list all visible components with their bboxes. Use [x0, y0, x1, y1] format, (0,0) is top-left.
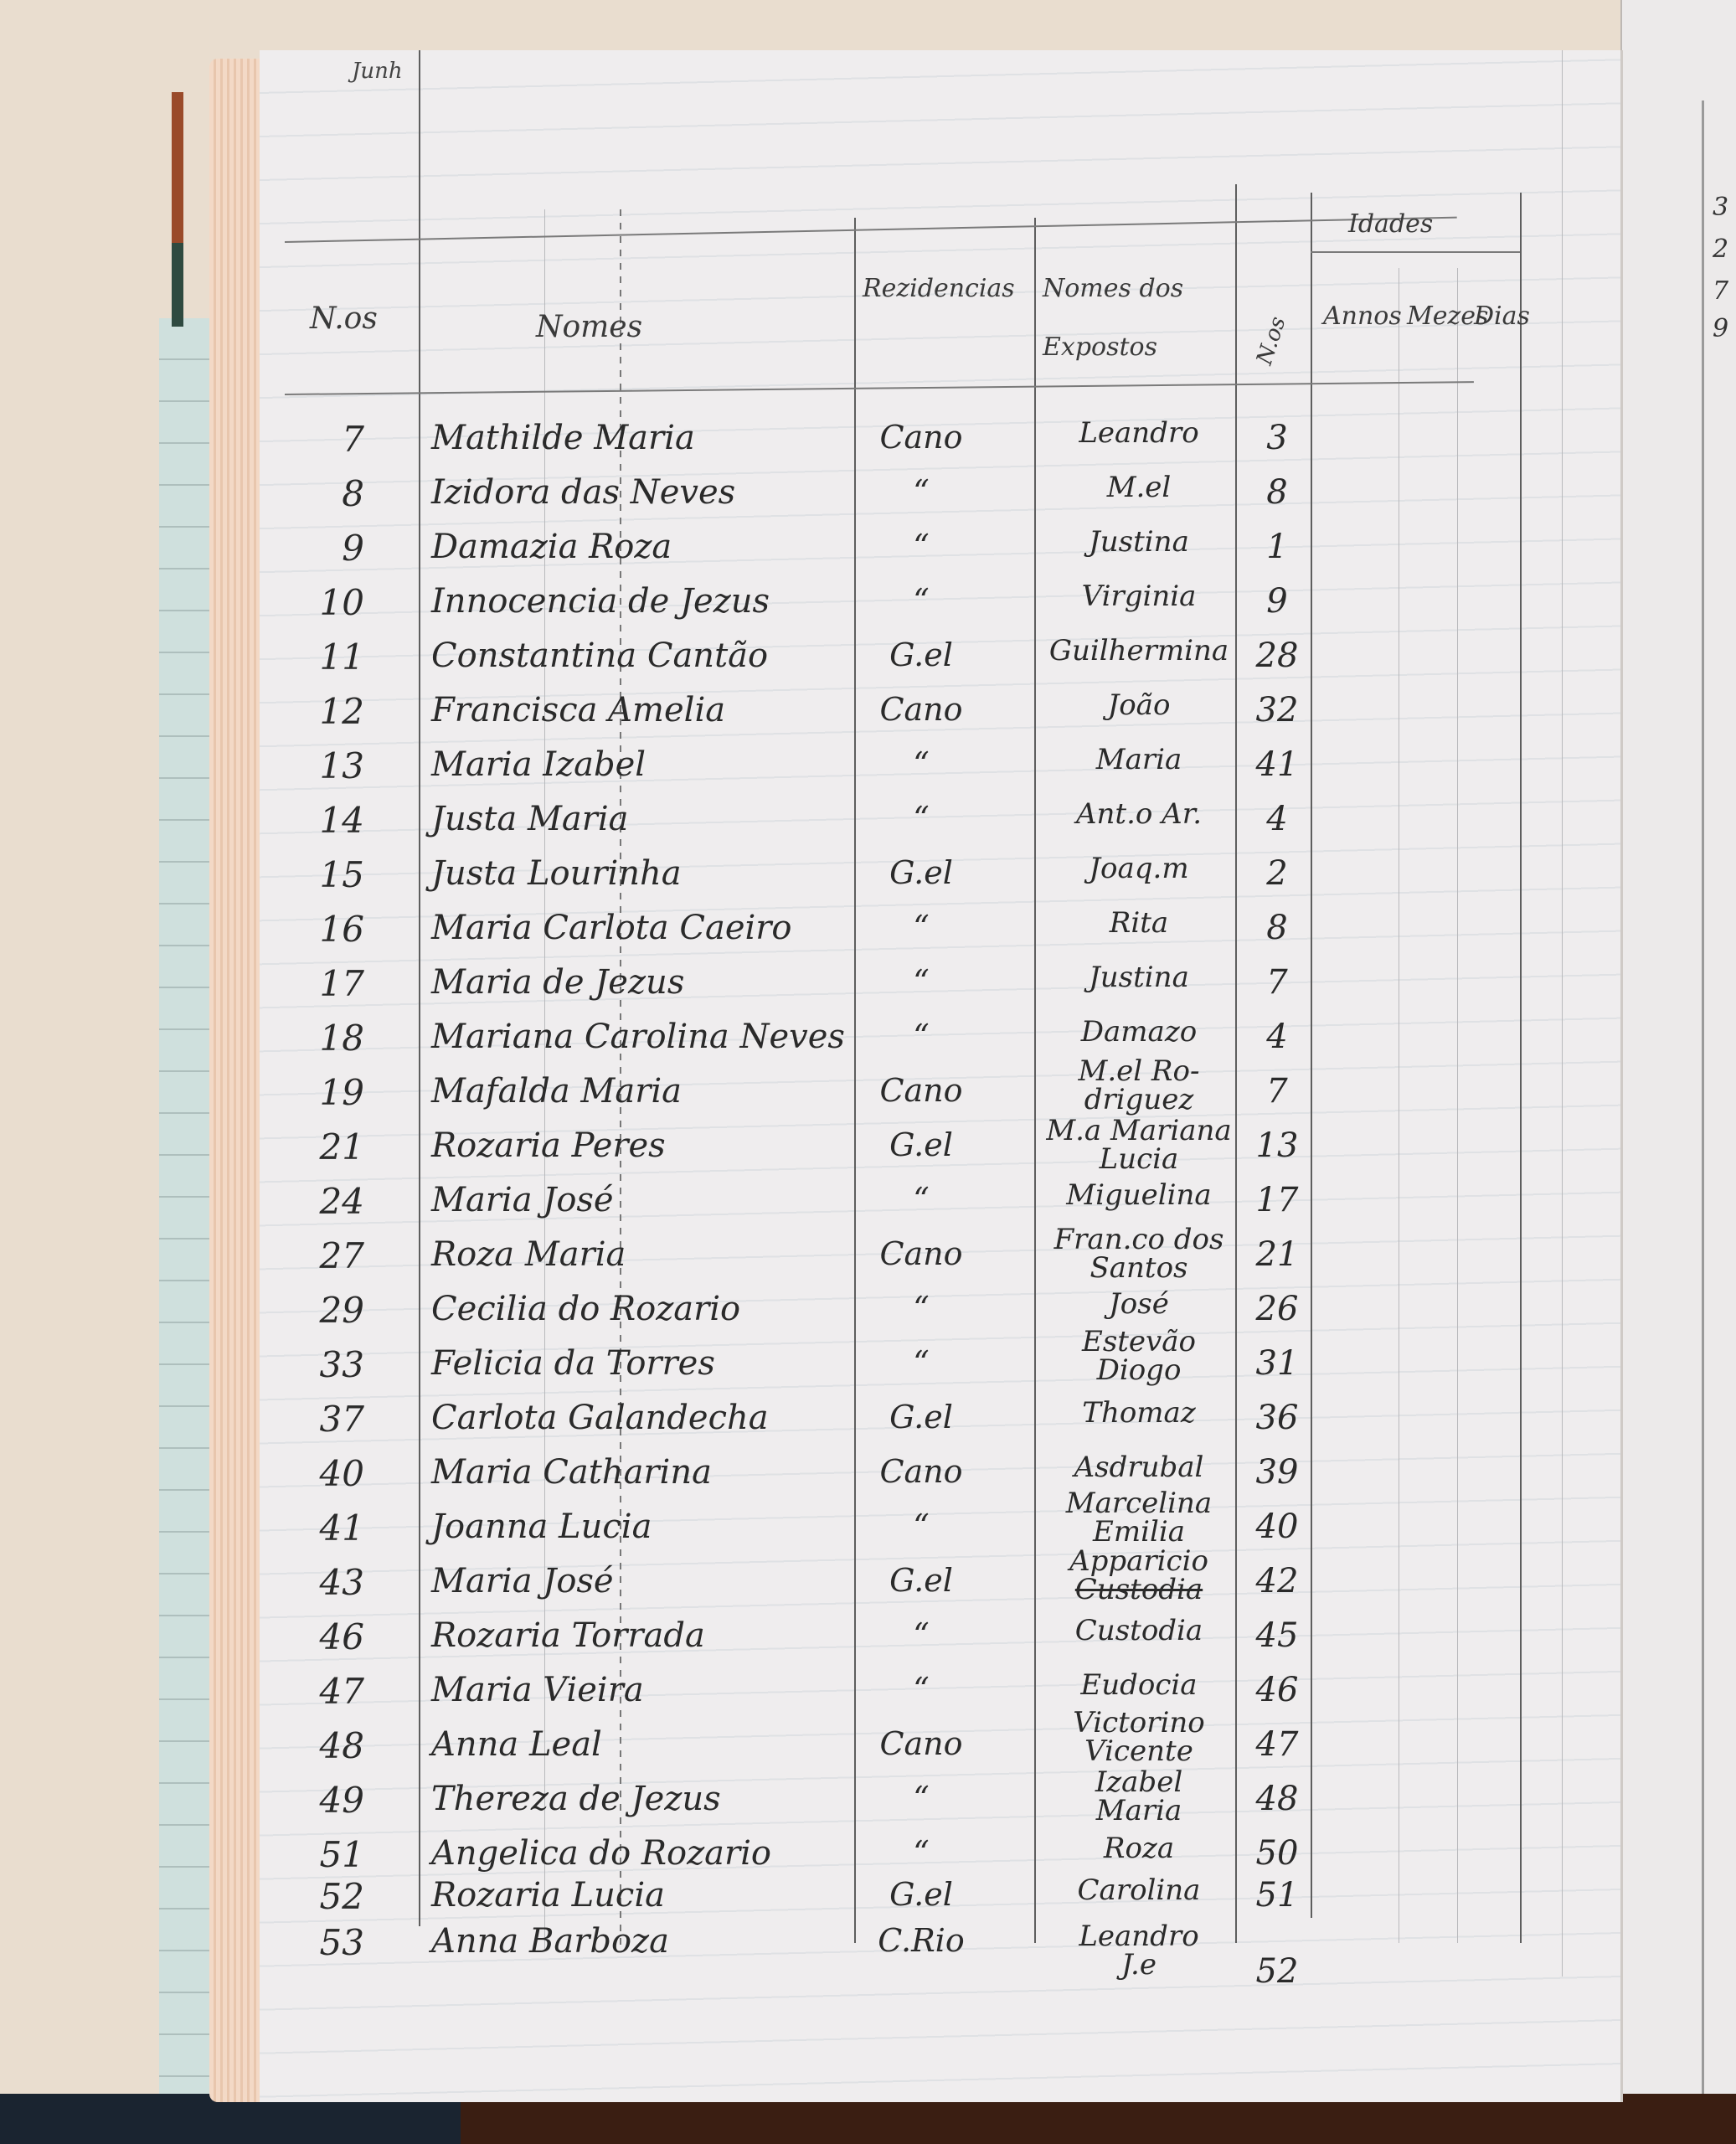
corner-note: Junh [352, 59, 403, 84]
entry-ref: 48 [1239, 1780, 1315, 1818]
entry-number: 8 [306, 473, 364, 514]
table-row: 24 Maria José “ Miguelina 17 [260, 1181, 1620, 1234]
entry-ref: 51 [1239, 1876, 1315, 1915]
entry-residence: “ [863, 1507, 980, 1544]
entry-ref: 32 [1239, 691, 1315, 729]
table-row: 14 Justa Maria “ Ant.o Ar. 4 [260, 800, 1620, 853]
table-row: 10 Innocencia de Jezus “ Virginia 9 [260, 582, 1620, 636]
table-row: 18 Mariana Carolina Neves “ Damazo 4 [260, 1018, 1620, 1071]
entry-number: 27 [306, 1235, 364, 1276]
entry-name: Damazia Roza [431, 528, 672, 566]
entry-ref: 40 [1239, 1507, 1315, 1546]
entry-name: Innocencia de Jezus [431, 582, 770, 621]
entry-name: Justa Maria [431, 800, 629, 838]
entry-name: Roza Maria [431, 1235, 626, 1274]
entry-number: 12 [306, 691, 364, 732]
entry-name: Mariana Carolina Neves [431, 1018, 845, 1056]
entry-residence: “ [863, 745, 980, 782]
entry-residence: “ [863, 1834, 980, 1871]
entry-name: Maria José [431, 1181, 614, 1219]
entry-residence: G.el [863, 636, 980, 673]
header-ages-days: Dias [1474, 301, 1530, 331]
entry-mother: Eudocia [1034, 1671, 1244, 1699]
entry-ref: 7 [1239, 963, 1315, 1002]
table-row: 13 Maria Izabel “ Maria 41 [260, 745, 1620, 799]
entry-number: 21 [306, 1126, 364, 1167]
entry-mother: Carolina [1034, 1876, 1244, 1904]
entry-ref: 7 [1239, 1072, 1315, 1111]
entry-number: 17 [306, 963, 364, 1004]
table-row: 48 Anna Leal Cano VictorinoVicente 47 [260, 1725, 1620, 1779]
entry-name: Mathilde Maria [431, 419, 695, 457]
entry-ref: 45 [1239, 1616, 1315, 1655]
entry-number: 19 [306, 1072, 364, 1113]
entry-ref: 9 [1239, 582, 1315, 621]
table-row: 29 Cecilia do Rozario “ José 26 [260, 1290, 1620, 1343]
entry-number: 48 [306, 1725, 364, 1766]
entry-ref: 4 [1239, 800, 1315, 838]
entry-residence: “ [863, 963, 980, 1000]
entry-ref: 8 [1239, 909, 1315, 947]
adjacent-number: 2 [1713, 234, 1728, 264]
entry-ref: 13 [1239, 1126, 1315, 1165]
entry-name: Izidora das Neves [431, 473, 735, 512]
book-spine-green [172, 243, 183, 327]
entry-ref: 47 [1239, 1725, 1315, 1764]
entry-mother: EstevãoDiogo [1034, 1327, 1244, 1384]
adjacent-number: 7 [1713, 276, 1728, 306]
entry-ref: 31 [1239, 1344, 1315, 1383]
entry-number: 15 [306, 854, 364, 895]
ledger-page: Junh N.os Nomes Rezidencias Nomes dos Ex… [260, 50, 1623, 2102]
entry-residence: Cano [863, 691, 980, 728]
entry-name: Rozaria Torrada [431, 1616, 705, 1655]
entry-name: Angelica do Rozario [431, 1834, 771, 1873]
table-row: 43 Maria José G.el ApparicioCustodia 42 [260, 1562, 1620, 1616]
entry-residence: “ [863, 473, 980, 510]
entry-ref: 21 [1239, 1235, 1315, 1274]
entry-name: Rozaria Peres [431, 1126, 666, 1165]
entry-residence: “ [863, 909, 980, 946]
entry-number: 29 [306, 1290, 364, 1331]
table-row: 16 Maria Carlota Caeiro “ Rita 8 [260, 909, 1620, 962]
entry-residence: C.Rio [863, 1922, 980, 1959]
entry-number: 14 [306, 800, 364, 841]
entry-number: 43 [306, 1562, 364, 1603]
entry-mother: IzabelMaria [1034, 1768, 1244, 1825]
entry-ref: 39 [1239, 1453, 1315, 1492]
header-mothers: Nomes dos Expostos [1043, 260, 1235, 377]
entry-residence: “ [863, 800, 980, 837]
table-row: 8 Izidora das Neves “ M.el 8 [260, 473, 1620, 527]
entry-number: 11 [306, 636, 364, 678]
entry-residence: “ [863, 1616, 980, 1653]
table-row: 17 Maria de Jezus “ Justina 7 [260, 963, 1620, 1017]
entry-number: 47 [306, 1671, 364, 1712]
entry-ref: 8 [1239, 473, 1315, 512]
header-reference: N.os [1252, 313, 1291, 368]
table-row: 7 Mathilde Maria Cano Leandro 3 [260, 419, 1620, 472]
entry-number: 9 [306, 528, 364, 569]
entry-mother: José [1034, 1290, 1244, 1318]
entry-residence: Cano [863, 1453, 980, 1490]
entry-number: 40 [306, 1453, 364, 1494]
entry-mother: Joaq.m [1034, 854, 1244, 883]
entry-name: Justa Lourinha [431, 854, 682, 893]
entry-mother: M.el [1034, 473, 1244, 502]
entry-number: 7 [306, 419, 364, 460]
entry-ref: 28 [1239, 636, 1315, 675]
entry-mother: Virginia [1034, 582, 1244, 611]
entry-ref: 4 [1239, 1018, 1315, 1056]
entry-number: 41 [306, 1507, 364, 1549]
entry-mother: Leandro [1034, 419, 1244, 447]
entry-number: 24 [306, 1181, 364, 1222]
entry-residence: “ [863, 528, 980, 564]
entry-number: 46 [306, 1616, 364, 1657]
table-row: 46 Rozaria Torrada “ Custodia 45 [260, 1616, 1620, 1670]
entry-name: Thereza de Jezus [431, 1780, 721, 1818]
entry-mother: LeandroJ.e [1034, 1922, 1244, 1979]
entry-ref: 42 [1239, 1562, 1315, 1600]
adjacent-page-rule [1702, 100, 1704, 2094]
table-row: 33 Felicia da Torres “ EstevãoDiogo 31 [260, 1344, 1620, 1398]
entry-name: Maria Vieira [431, 1671, 644, 1709]
entry-ref: 17 [1239, 1181, 1315, 1219]
entry-ref: 2 [1239, 854, 1315, 893]
entry-name: Maria Catharina [431, 1453, 712, 1492]
entry-number: 49 [306, 1780, 364, 1821]
entry-mother: Damazo [1034, 1018, 1244, 1046]
entry-mother: Justina [1034, 963, 1244, 992]
entry-mother: Roza [1034, 1834, 1244, 1863]
entry-mother: MarcelinaEmilia [1034, 1489, 1244, 1546]
table-row: 15 Justa Lourinha G.el Joaq.m 2 [260, 854, 1620, 908]
entry-ref: 52 [1239, 1952, 1315, 1991]
table-row: 40 Maria Catharina Cano Asdrubal 39 [260, 1453, 1620, 1507]
entry-mother: M.el Ro-driguez [1034, 1057, 1244, 1114]
entry-name: Francisca Amelia [431, 691, 725, 729]
entry-number: 16 [306, 909, 364, 950]
table-row: 27 Roza Maria Cano Fran.co dosSantos 21 [260, 1235, 1620, 1289]
header-bottom-rule [285, 381, 1474, 395]
entry-number: 33 [306, 1344, 364, 1385]
entry-residence: G.el [863, 854, 980, 891]
entry-mother: M.a MarianaLucia [1034, 1116, 1244, 1173]
entry-name: Anna Barboza [431, 1922, 669, 1961]
entry-mother: Fran.co dosSantos [1034, 1225, 1244, 1282]
entry-mother: João [1034, 691, 1244, 719]
entry-name: Felicia da Torres [431, 1344, 715, 1383]
table-row: 47 Maria Vieira “ Eudocia 46 [260, 1671, 1620, 1724]
ages-group-rule [1311, 251, 1520, 253]
entry-residence: “ [863, 1290, 980, 1327]
entry-name: Joanna Lucia [431, 1507, 652, 1546]
entry-ref: 50 [1239, 1834, 1315, 1873]
table-row: 11 Constantina Cantão G.el Guilhermina 2… [260, 636, 1620, 690]
entry-ref: 46 [1239, 1671, 1315, 1709]
header-names: Nomes [536, 310, 642, 344]
entry-ref: 1 [1239, 528, 1315, 566]
entry-residence: Cano [863, 1072, 980, 1109]
adjacent-number: 9 [1713, 314, 1728, 343]
entry-number: 53 [306, 1922, 364, 1963]
entry-mother: Thomaz [1034, 1399, 1244, 1427]
table-row: 53 Anna Barboza C.Rio LeandroJ.e 52 [260, 1922, 1620, 1976]
entry-number: 52 [306, 1876, 364, 1917]
entry-name: Maria de Jezus [431, 963, 684, 1002]
entry-name: Carlota Galandecha [431, 1399, 769, 1437]
table-row: 49 Thereza de Jezus “ IzabelMaria 48 [260, 1780, 1620, 1833]
header-ages: Idades [1348, 209, 1433, 239]
header-number: N.os [310, 301, 378, 336]
entry-number: 51 [306, 1834, 364, 1875]
table-row: 12 Francisca Amelia Cano João 32 [260, 691, 1620, 745]
table-row: 9 Damazia Roza “ Justina 1 [260, 528, 1620, 581]
entry-residence: “ [863, 1344, 980, 1381]
entry-name: Maria José [431, 1562, 614, 1600]
entry-mother: Ant.o Ar. [1034, 800, 1244, 828]
entry-ref: 36 [1239, 1399, 1315, 1437]
entry-residence: Cano [863, 419, 980, 456]
entry-number: 10 [306, 582, 364, 623]
entry-mother: ApparicioCustodia [1034, 1547, 1244, 1604]
entry-residence: “ [863, 1018, 980, 1054]
entry-name: Anna Leal [431, 1725, 602, 1764]
entry-mother: Justina [1034, 528, 1244, 556]
entry-name: Mafalda Maria [431, 1072, 682, 1111]
entry-residence: “ [863, 1780, 980, 1817]
entry-mother: Maria [1034, 745, 1244, 774]
adjacent-number: 3 [1713, 193, 1728, 222]
entry-name: Rozaria Lucia [431, 1876, 665, 1915]
header-residence: Rezidencias [863, 260, 1030, 318]
entry-mother: Miguelina [1034, 1181, 1244, 1209]
entry-number: 37 [306, 1399, 364, 1440]
entry-mother: VictorinoVicente [1034, 1708, 1244, 1765]
entry-mother: Rita [1034, 909, 1244, 937]
book-spine-red [172, 92, 183, 251]
adjacent-page: 3 2 7 9 [1620, 0, 1736, 2094]
entry-residence: G.el [863, 1876, 980, 1913]
entry-mother: Guilhermina [1034, 636, 1244, 665]
table-row: 37 Carlota Galandecha G.el Thomaz 36 [260, 1399, 1620, 1452]
entry-mother: Asdrubal [1034, 1453, 1244, 1482]
entry-number: 13 [306, 745, 364, 786]
entry-mother: Custodia [1034, 1616, 1244, 1645]
entry-number: 18 [306, 1018, 364, 1059]
entry-ref: 3 [1239, 419, 1315, 457]
entry-residence: “ [863, 1181, 980, 1218]
entry-name: Maria Izabel [431, 745, 646, 784]
entry-residence: G.el [863, 1126, 980, 1163]
entry-residence: Cano [863, 1235, 980, 1272]
entry-residence: “ [863, 1671, 980, 1708]
entry-name: Cecilia do Rozario [431, 1290, 740, 1328]
entry-residence: “ [863, 582, 980, 619]
table-row: 41 Joanna Lucia “ MarcelinaEmilia 40 [260, 1507, 1620, 1561]
entry-ref: 26 [1239, 1290, 1315, 1328]
table-row: 19 Mafalda Maria Cano M.el Ro-driguez 7 [260, 1072, 1620, 1126]
entry-name: Constantina Cantão [431, 636, 768, 675]
entry-residence: G.el [863, 1399, 980, 1435]
entry-residence: Cano [863, 1725, 980, 1762]
header-top-rule [285, 217, 1457, 243]
entry-name: Maria Carlota Caeiro [431, 909, 792, 947]
entry-ref: 41 [1239, 745, 1315, 784]
table-row: 21 Rozaria Peres G.el M.a MarianaLucia 1… [260, 1126, 1620, 1180]
header-ages-years: Annos [1323, 301, 1402, 331]
entry-residence: G.el [863, 1562, 980, 1599]
